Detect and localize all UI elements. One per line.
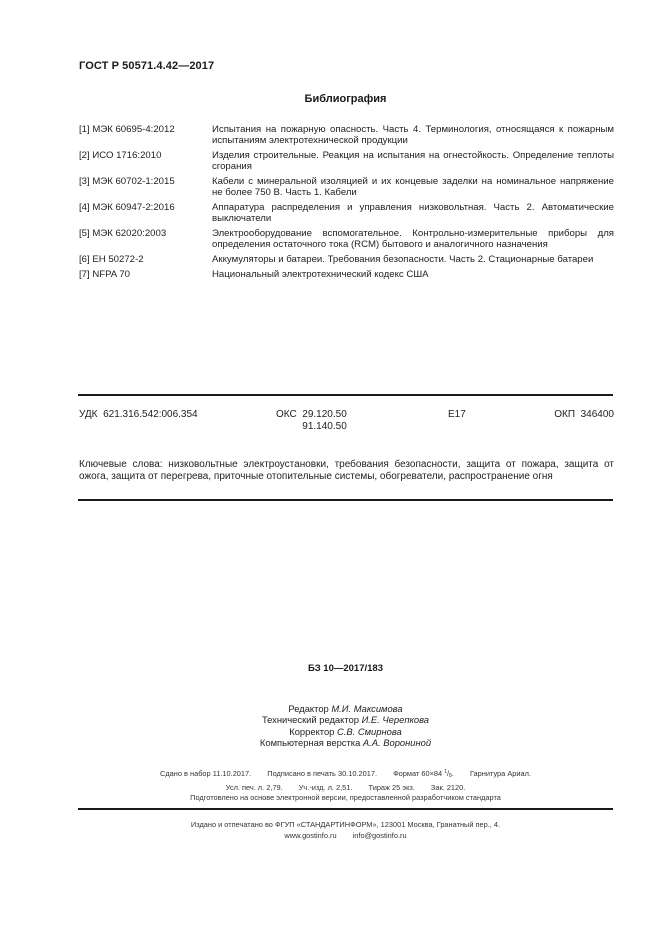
okp-code: ОКП 346400	[554, 409, 614, 421]
bibliography-item: [5] МЭК 62020:2003 Электрооборудование в…	[79, 228, 614, 250]
udk-value: 621.316.542:006.354	[103, 409, 198, 420]
bibliography-text: Испытания на пожарную опасность. Часть 4…	[212, 124, 614, 146]
bibliography-ref: [3] МЭК 60702-1:2015	[79, 176, 212, 198]
credit-name: И.Е. Черепкова	[362, 714, 429, 725]
bibliography-item: [6] ЕН 50272-2 Аккумуляторы и батареи. Т…	[79, 254, 614, 265]
publisher-sheets: Уч.-изд. л. 2,51.	[299, 783, 353, 792]
credits: Редактор М.И. Максимова Технический реда…	[0, 703, 661, 749]
udk-code: УДК 621.316.542:006.354	[79, 409, 198, 421]
bibliography-text: Аппаратура распределения и управления ни…	[212, 202, 614, 224]
email-link[interactable]: info@gostinfo.ru	[353, 831, 407, 840]
credit-name: М.И. Максимова	[331, 703, 402, 714]
format-end: .	[452, 769, 454, 778]
credit-proofreader: Корректор С.В. Смирнова	[30, 726, 661, 737]
oks-values: 29.120.50 91.140.50	[302, 409, 347, 433]
print-sheets: Усл. печ. л. 2,79.	[226, 783, 283, 792]
typeset-date: Сдано в набор 11.10.2017.	[160, 769, 251, 778]
credit-role: Редактор	[288, 703, 328, 714]
print-info-line-1: Сдано в набор 11.10.2017. Подписано в пе…	[30, 767, 661, 782]
oks-value: 91.140.50	[302, 421, 347, 432]
bibliography-text: Кабели с минеральной изоляцией и их конц…	[212, 176, 614, 198]
website-link[interactable]: www.gostinfo.ru	[284, 831, 336, 840]
divider-bottom	[78, 808, 613, 810]
bibliography-text: Аккумуляторы и батареи. Требования безоп…	[212, 254, 614, 265]
bibliography-ref: [4] МЭК 60947-2:2016	[79, 202, 212, 224]
bibliography-ref: [2] ИСО 1716:2010	[79, 150, 212, 172]
paper-format: Формат 60×84 1/8.	[393, 769, 454, 778]
okp-value: 346400	[581, 409, 614, 420]
circulation: Тираж 25 экз.	[369, 783, 415, 792]
bibliography-item: [1] МЭК 60695-4:2012 Испытания на пожарн…	[79, 124, 614, 146]
order-number: Зак. 2120.	[431, 783, 465, 792]
bibliography-text: Национальный электротехнический кодекс С…	[212, 269, 614, 280]
bibliography-ref: [6] ЕН 50272-2	[79, 254, 212, 265]
bibliography-title: Библиография	[0, 93, 661, 105]
prepared-note: Подготовлено на основе электронной верси…	[0, 793, 661, 802]
keywords: Ключевые слова: низковольтные электроуст…	[79, 459, 614, 484]
bibliography-list: [1] МЭК 60695-4:2012 Испытания на пожарн…	[79, 124, 614, 284]
bibliography-text: Изделия строительные. Реакция на испытан…	[212, 150, 614, 172]
bibliography-ref: [1] МЭК 60695-4:2012	[79, 124, 212, 146]
oks-label: ОКС	[276, 409, 297, 420]
bibliography-ref: [7] NFPA 70	[79, 269, 212, 280]
signed-date: Подписано в печать 30.10.2017.	[267, 769, 377, 778]
credit-role: Компьютерная верстка	[260, 737, 360, 748]
bibliography-ref: [5] МЭК 62020:2003	[79, 228, 212, 250]
credit-layout: Компьютерная верстка А.А. Ворониной	[30, 737, 661, 748]
divider-top	[78, 394, 613, 396]
publisher-info: Издано и отпечатано во ФГУП «СТАНДАРТИНФ…	[0, 819, 661, 841]
credit-editor: Редактор М.И. Максимова	[30, 703, 661, 714]
oks-code: ОКС 29.120.50 91.140.50	[276, 409, 347, 433]
standard-number: ГОСТ Р 50571.4.42—2017	[79, 60, 214, 72]
typeface: Гарнитура Ариал.	[470, 769, 531, 778]
credit-name: С.В. Смирнова	[337, 726, 402, 737]
format-sup: 1	[444, 769, 447, 775]
bibliography-item: [2] ИСО 1716:2010 Изделия строительные. …	[79, 150, 614, 172]
bibliography-item: [4] МЭК 60947-2:2016 Аппаратура распреде…	[79, 202, 614, 224]
credit-role: Технический редактор	[262, 714, 359, 725]
oks-value: 29.120.50	[302, 409, 347, 420]
format-label: Формат 60×84	[393, 769, 442, 778]
bibliography-item: [3] МЭК 60702-1:2015 Кабели с минерально…	[79, 176, 614, 198]
print-info-line-2: Усл. печ. л. 2,79. Уч.-изд. л. 2,51. Тир…	[30, 782, 661, 793]
udk-label: УДК	[79, 409, 98, 420]
okp-label: ОКП	[554, 409, 575, 420]
publisher-contacts: www.gostinfo.ru info@gostinfo.ru	[30, 830, 661, 841]
divider-middle	[78, 499, 613, 501]
bibliography-item: [7] NFPA 70 Национальный электротехничес…	[79, 269, 614, 280]
bz-number: БЗ 10—2017/183	[0, 663, 661, 674]
credit-tech-editor: Технический редактор И.Е. Черепкова	[30, 714, 661, 725]
group-code: Е17	[448, 409, 466, 421]
bibliography-text: Электрооборудование вспомогательное. Кон…	[212, 228, 614, 250]
credit-name: А.А. Ворониной	[363, 737, 431, 748]
credit-role: Корректор	[289, 726, 334, 737]
publisher-line: Издано и отпечатано во ФГУП «СТАНДАРТИНФ…	[30, 819, 661, 830]
print-info: Сдано в набор 11.10.2017. Подписано в пе…	[0, 767, 661, 793]
